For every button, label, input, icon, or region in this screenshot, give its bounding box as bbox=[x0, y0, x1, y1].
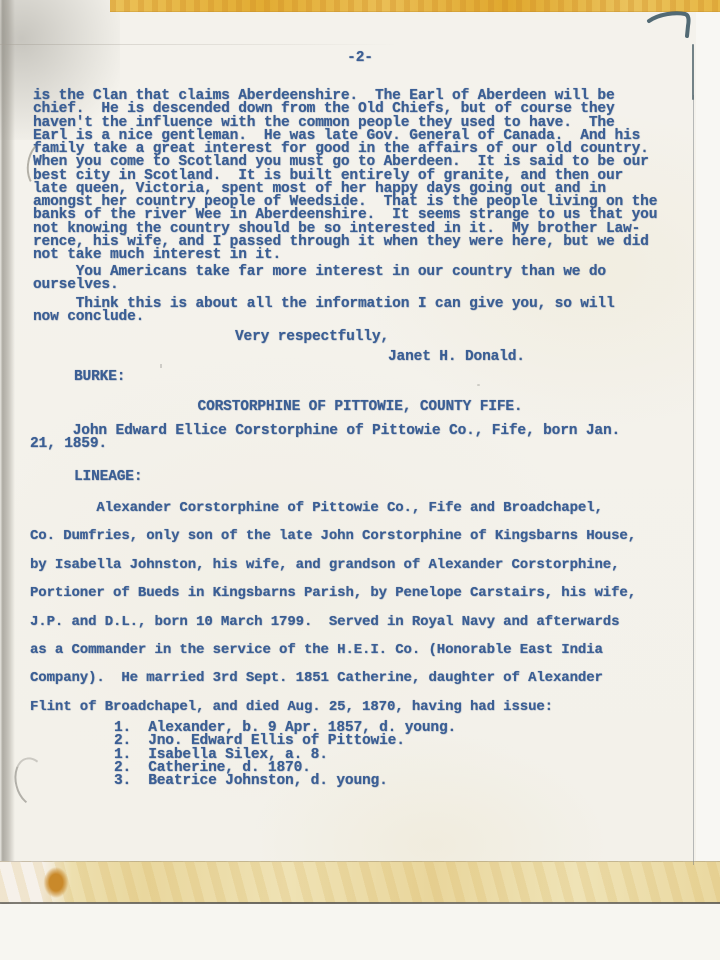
source-label: BURKE: bbox=[74, 371, 125, 384]
scan-line-right bbox=[693, 95, 694, 865]
paper-speck bbox=[160, 364, 162, 368]
lineage-paragraph: Alexander Corstorphine of Pittowie Co., … bbox=[30, 494, 636, 721]
tape-strip-top bbox=[110, 0, 720, 12]
lineage-label: LINEAGE: bbox=[74, 471, 142, 484]
paper-edge-right bbox=[696, 0, 720, 960]
paper-crease-line bbox=[0, 44, 400, 45]
letter-paragraph-1: is the Clan that claims Aberdeenshire. T… bbox=[33, 90, 657, 262]
scanned-document-page: -2- is the Clan that claims Aberdeenshir… bbox=[0, 0, 720, 960]
letter-paragraph-3: Think this is about all the information … bbox=[33, 298, 615, 325]
section-title: CORSTORPHINE OF PITTOWIE, COUNTY FIFE. bbox=[0, 401, 720, 414]
letter-closing: Very respectfully, bbox=[235, 331, 389, 344]
letter-signature: Janet H. Donald. bbox=[388, 351, 525, 364]
scan-edge-left bbox=[0, 0, 15, 960]
punch-hole-mark bbox=[9, 754, 54, 811]
pen-mark-icon bbox=[645, 6, 695, 47]
tape-strip-bottom bbox=[0, 861, 720, 903]
paper-below-edge bbox=[0, 904, 720, 960]
page-number: -2- bbox=[0, 52, 720, 65]
record-intro: John Edward Ellice Corstorphine of Pitto… bbox=[30, 425, 620, 452]
paper-speck bbox=[477, 384, 480, 386]
issue-list: 1. Alexander, b. 9 Apr. 1857, d. young. … bbox=[114, 722, 456, 788]
letter-paragraph-2: You Americans take far more interest in … bbox=[33, 266, 606, 293]
